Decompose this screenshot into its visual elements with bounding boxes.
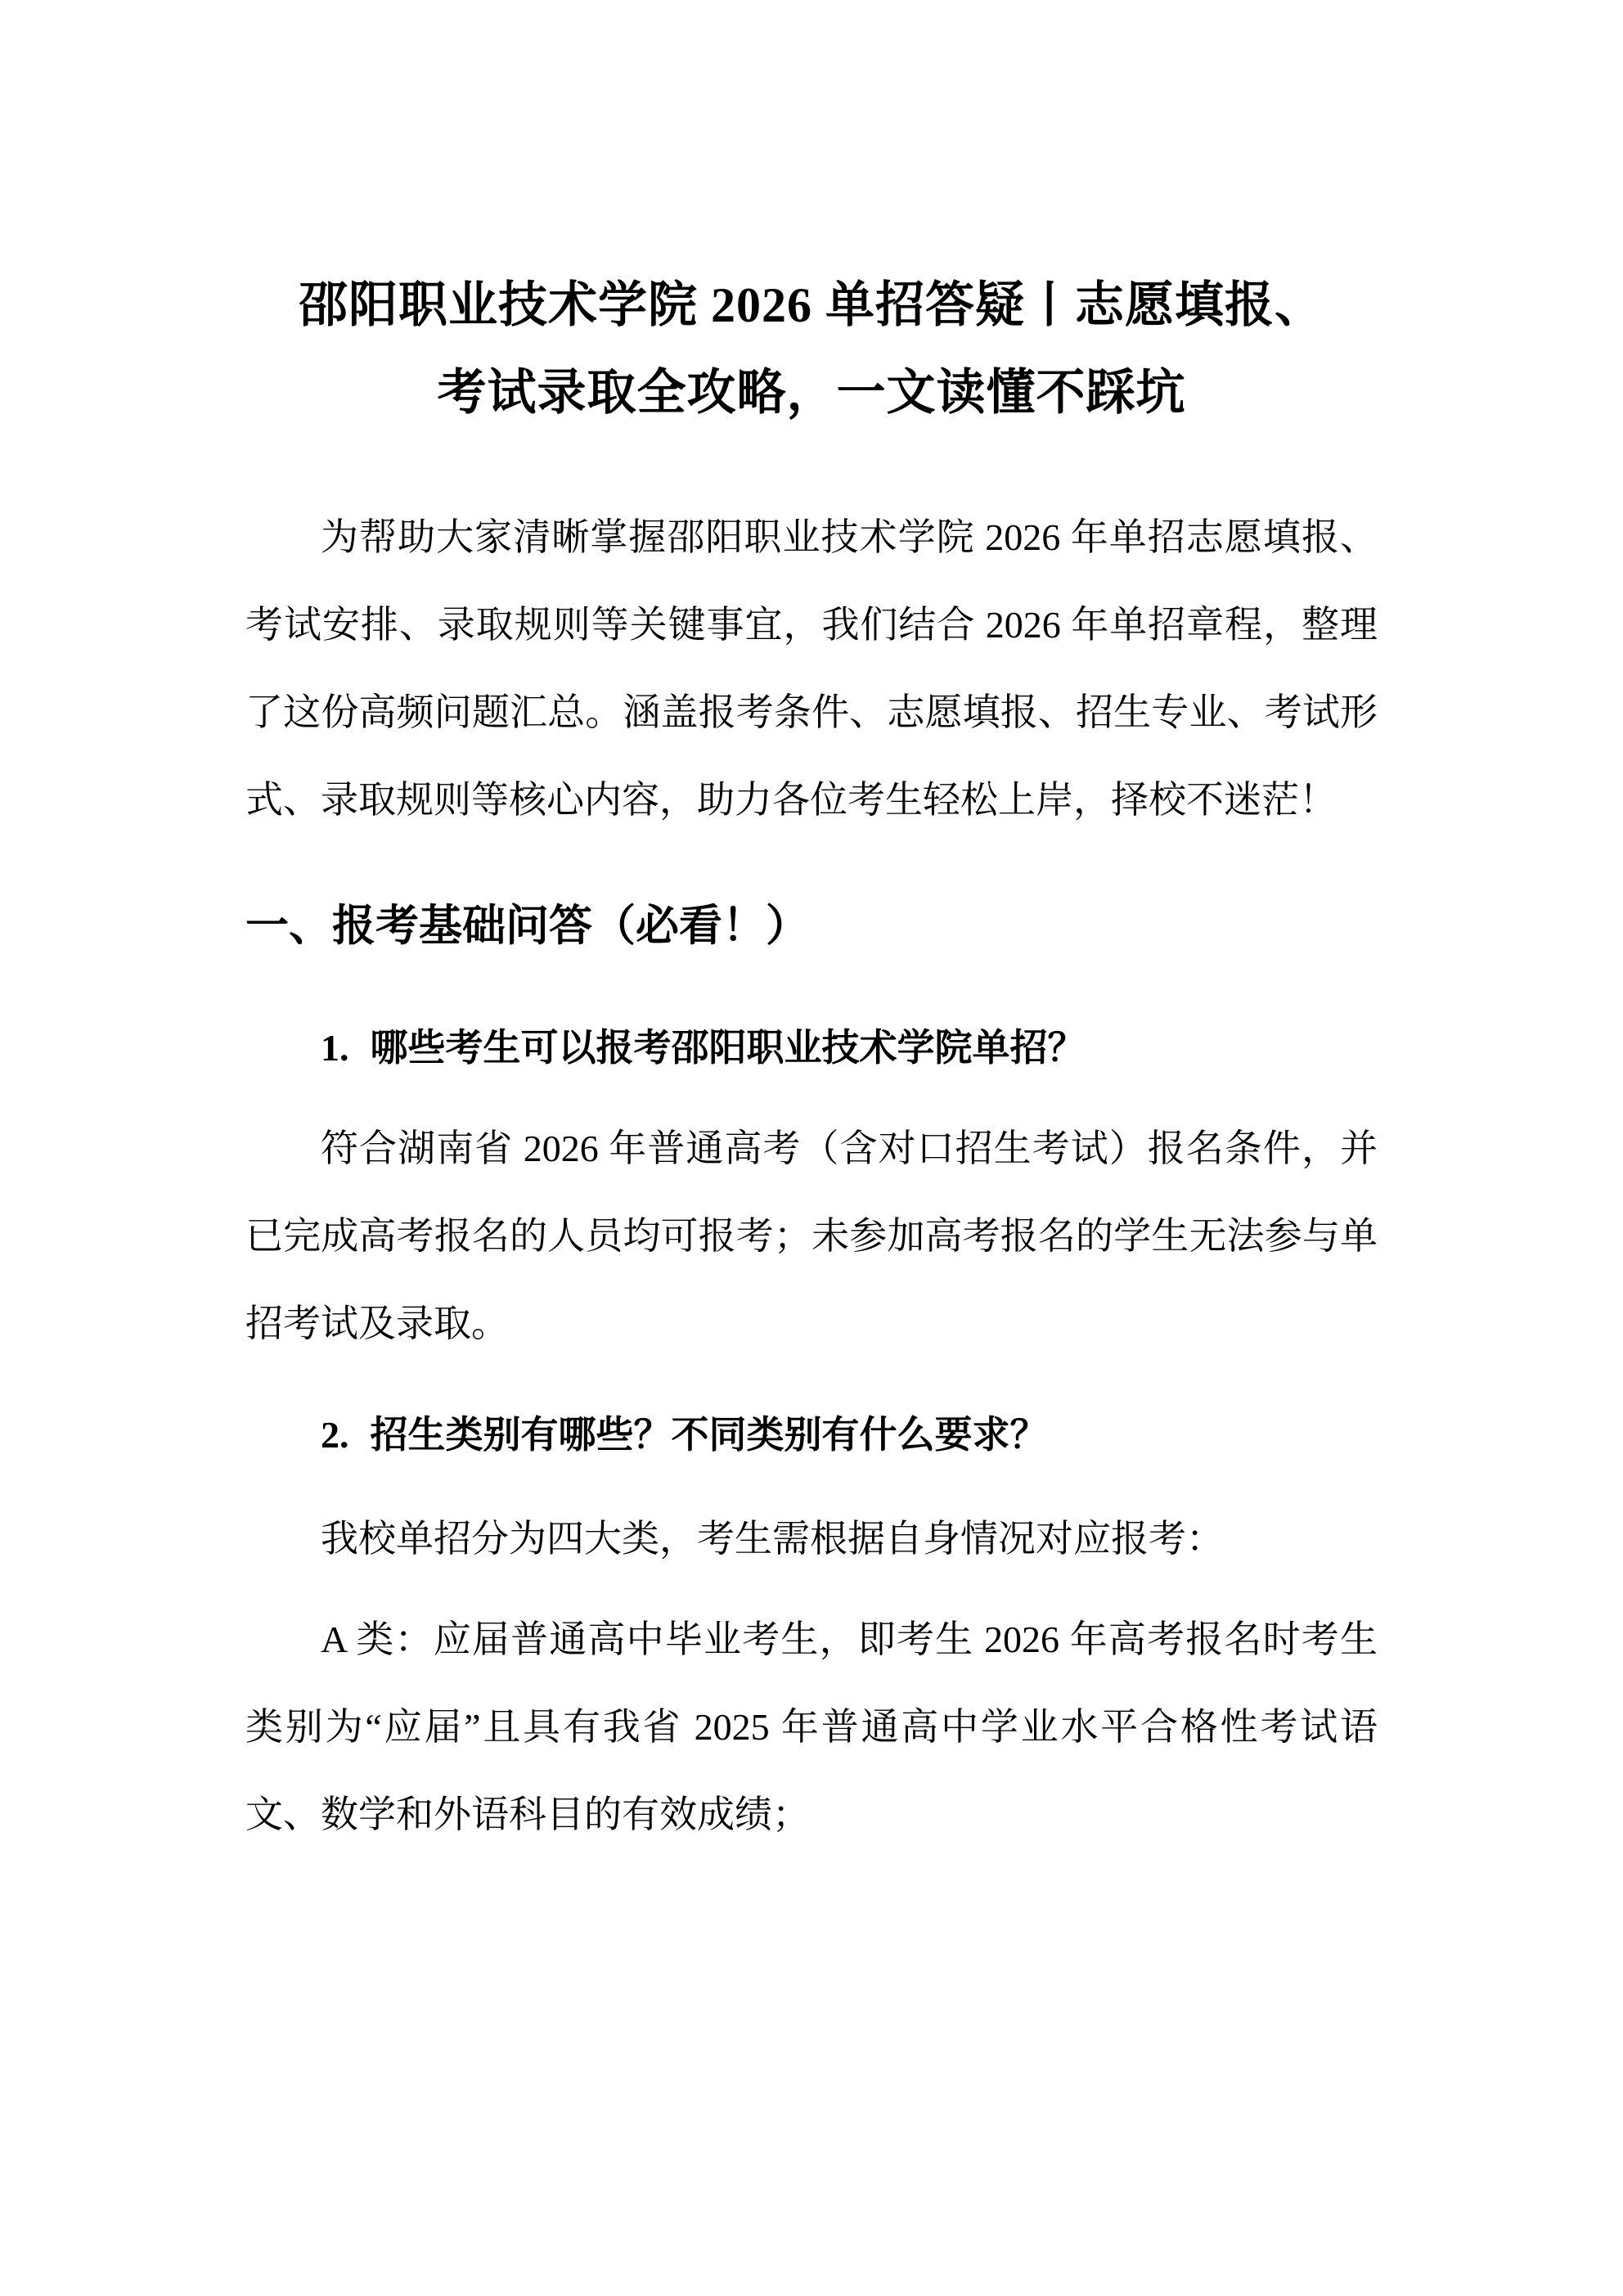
intro-paragraph: 为帮助大家清晰掌握邵阳职业技术学院 2026 年单招志愿填报、考试安排、录取规则… bbox=[245, 493, 1378, 844]
section-1-heading: 一、报考基础问答（必看！） bbox=[245, 881, 1378, 971]
answer-2-class-a-paragraph: A 类：应届普通高中毕业考生，即考生 2026 年高考报名时考生类别为“应届”且… bbox=[245, 1596, 1378, 1858]
answer-1-paragraph: 符合湖南省 2026 年普通高考（含对口招生考试）报名条件，并已完成高考报名的人… bbox=[245, 1105, 1378, 1367]
answer-2-intro-paragraph: 我校单招分为四大类，考生需根据自身情况对应报考： bbox=[245, 1495, 1378, 1582]
question-1-number: 1. bbox=[321, 1027, 349, 1069]
question-1-text: 哪些考生可以报考邵阳职业技术学院单招？ bbox=[371, 1027, 1086, 1069]
question-1-heading: 1.哪些考生可以报考邵阳职业技术学院单招？ bbox=[245, 1004, 1378, 1092]
question-2-number: 2. bbox=[321, 1414, 349, 1456]
question-2-heading: 2.招生类别有哪些？不同类别有什么要求？ bbox=[245, 1391, 1378, 1479]
document-title-line-1: 邵阳职业技术学院 2026 单招答疑丨志愿填报、 bbox=[245, 262, 1378, 349]
document-title: 邵阳职业技术学院 2026 单招答疑丨志愿填报、 考试录取全攻略，一文读懂不踩坑 bbox=[245, 262, 1378, 437]
document-title-line-2: 考试录取全攻略，一文读懂不踩坑 bbox=[245, 349, 1378, 437]
question-2-text: 招生类别有哪些？不同类别有什么要求？ bbox=[371, 1414, 1048, 1456]
document-page: 邵阳职业技术学院 2026 单招答疑丨志愿填报、 考试录取全攻略，一文读懂不踩坑… bbox=[0, 0, 1623, 2296]
